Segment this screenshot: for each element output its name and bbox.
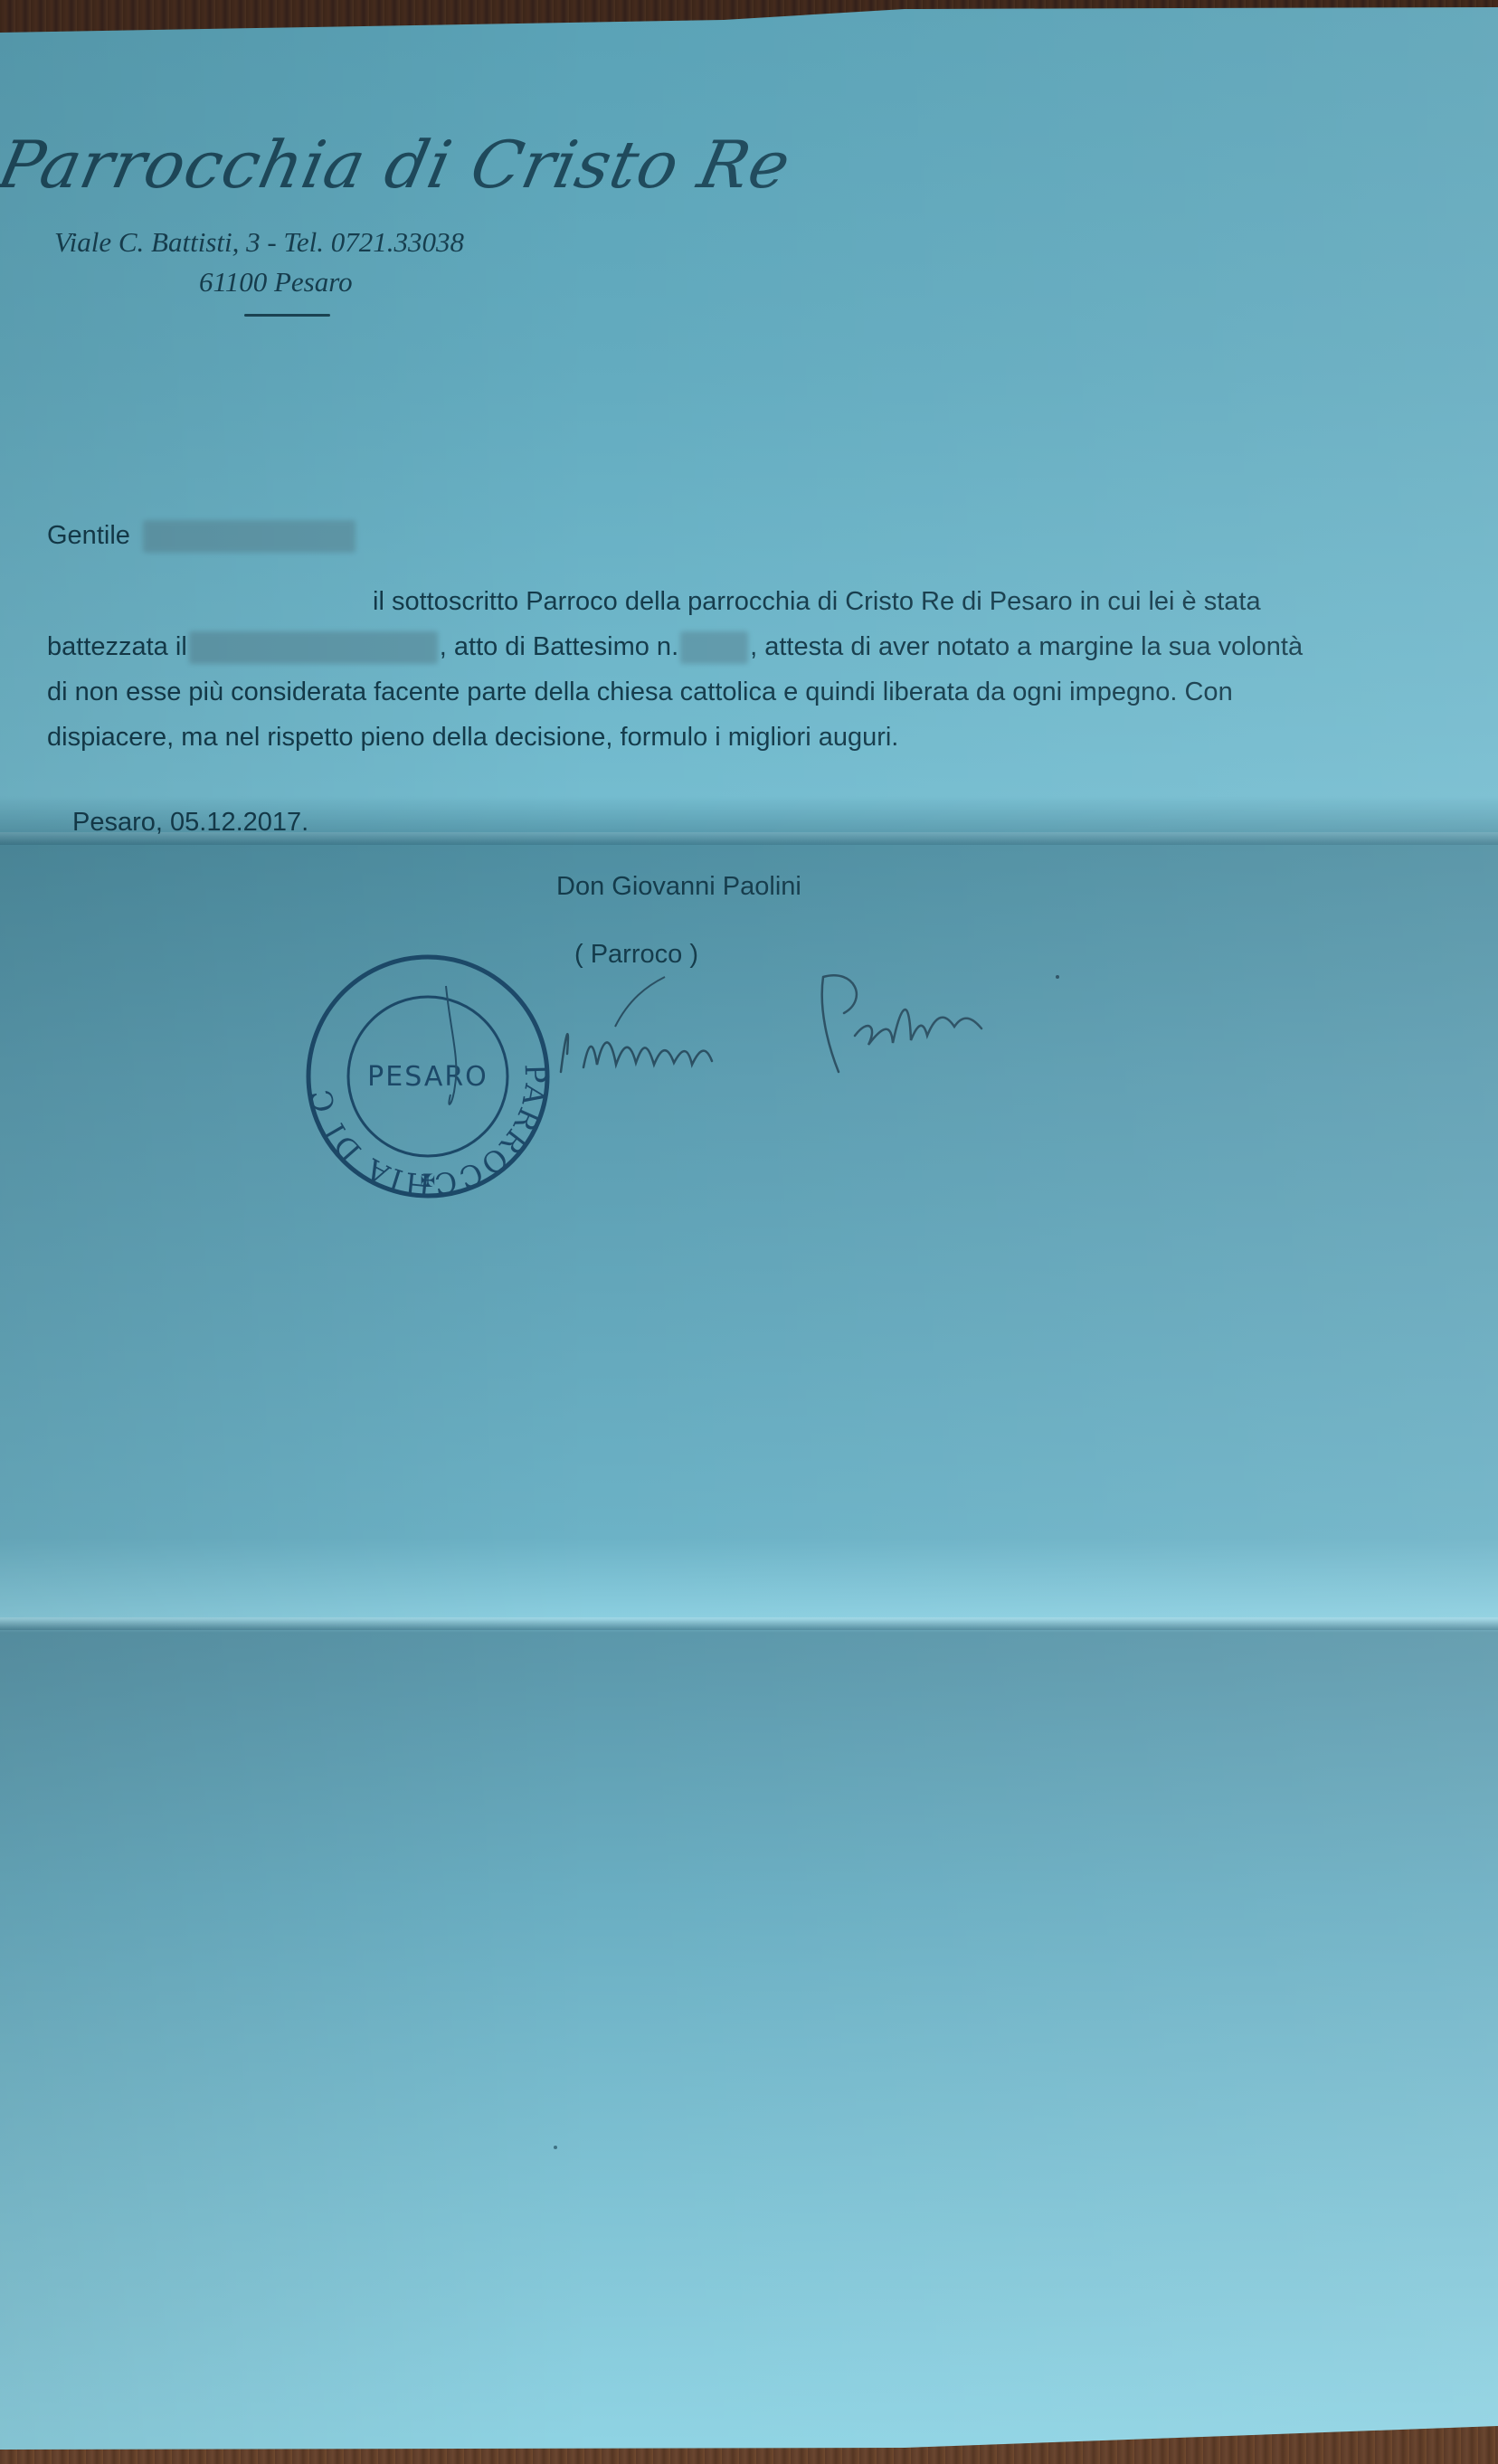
redacted-baptism-number <box>680 631 748 664</box>
body-line-1: il sottoscritto Parroco della parrocchia… <box>47 579 1467 624</box>
letterhead-divider <box>244 314 330 317</box>
redacted-baptism-date <box>189 631 438 664</box>
body-line-4: dispiacere, ma nel rispetto pieno della … <box>47 715 1467 760</box>
letterhead-city: 61100 Pesaro <box>199 266 353 299</box>
paper-speck <box>554 2146 557 2149</box>
body-text: battezzata il <box>47 632 187 661</box>
svg-text:PESARO: PESARO <box>367 1061 488 1093</box>
letter-date: Pesaro, 05.12.2017. <box>72 800 308 845</box>
svg-text:✠: ✠ <box>421 1170 436 1191</box>
salutation: Gentile <box>47 513 356 558</box>
body-line-2: battezzata il, atto di Battesimo n., att… <box>47 624 1467 669</box>
parish-stamp-icon: PARROCCHIA DI CRISTO RE PESARO ✠ <box>301 950 555 1203</box>
body-line-3: di non esse più considerata facente part… <box>47 669 1467 715</box>
signer-name: Don Giovanni Paolini <box>556 864 801 909</box>
redacted-recipient-name <box>143 520 356 553</box>
letterhead-address: Viale C. Battisti, 3 - Tel. 0721.33038 <box>54 226 464 259</box>
svg-text:PARROCCHIA DI CRISTO RE: PARROCCHIA DI CRISTO RE <box>301 950 553 1202</box>
signer-role: ( Parroco ) <box>574 932 698 977</box>
body-text: il sottoscritto Parroco della parrocchia… <box>373 587 1261 616</box>
handwritten-signature-icon <box>556 963 1072 1099</box>
salutation-label: Gentile <box>47 521 130 550</box>
letterhead-title: Parrocchia di Cristo Re <box>0 127 798 203</box>
body-text: , attesta di aver notato a margine la su… <box>750 632 1303 661</box>
body-text: , atto di Battesimo n. <box>440 632 678 661</box>
paper-fold-line <box>0 832 1498 845</box>
letter-body: il sottoscritto Parroco della parrocchia… <box>47 579 1467 760</box>
letter-paper: Parrocchia di Cristo Re Viale C. Battist… <box>0 0 1498 2464</box>
paper-fold-line <box>0 1617 1498 1630</box>
